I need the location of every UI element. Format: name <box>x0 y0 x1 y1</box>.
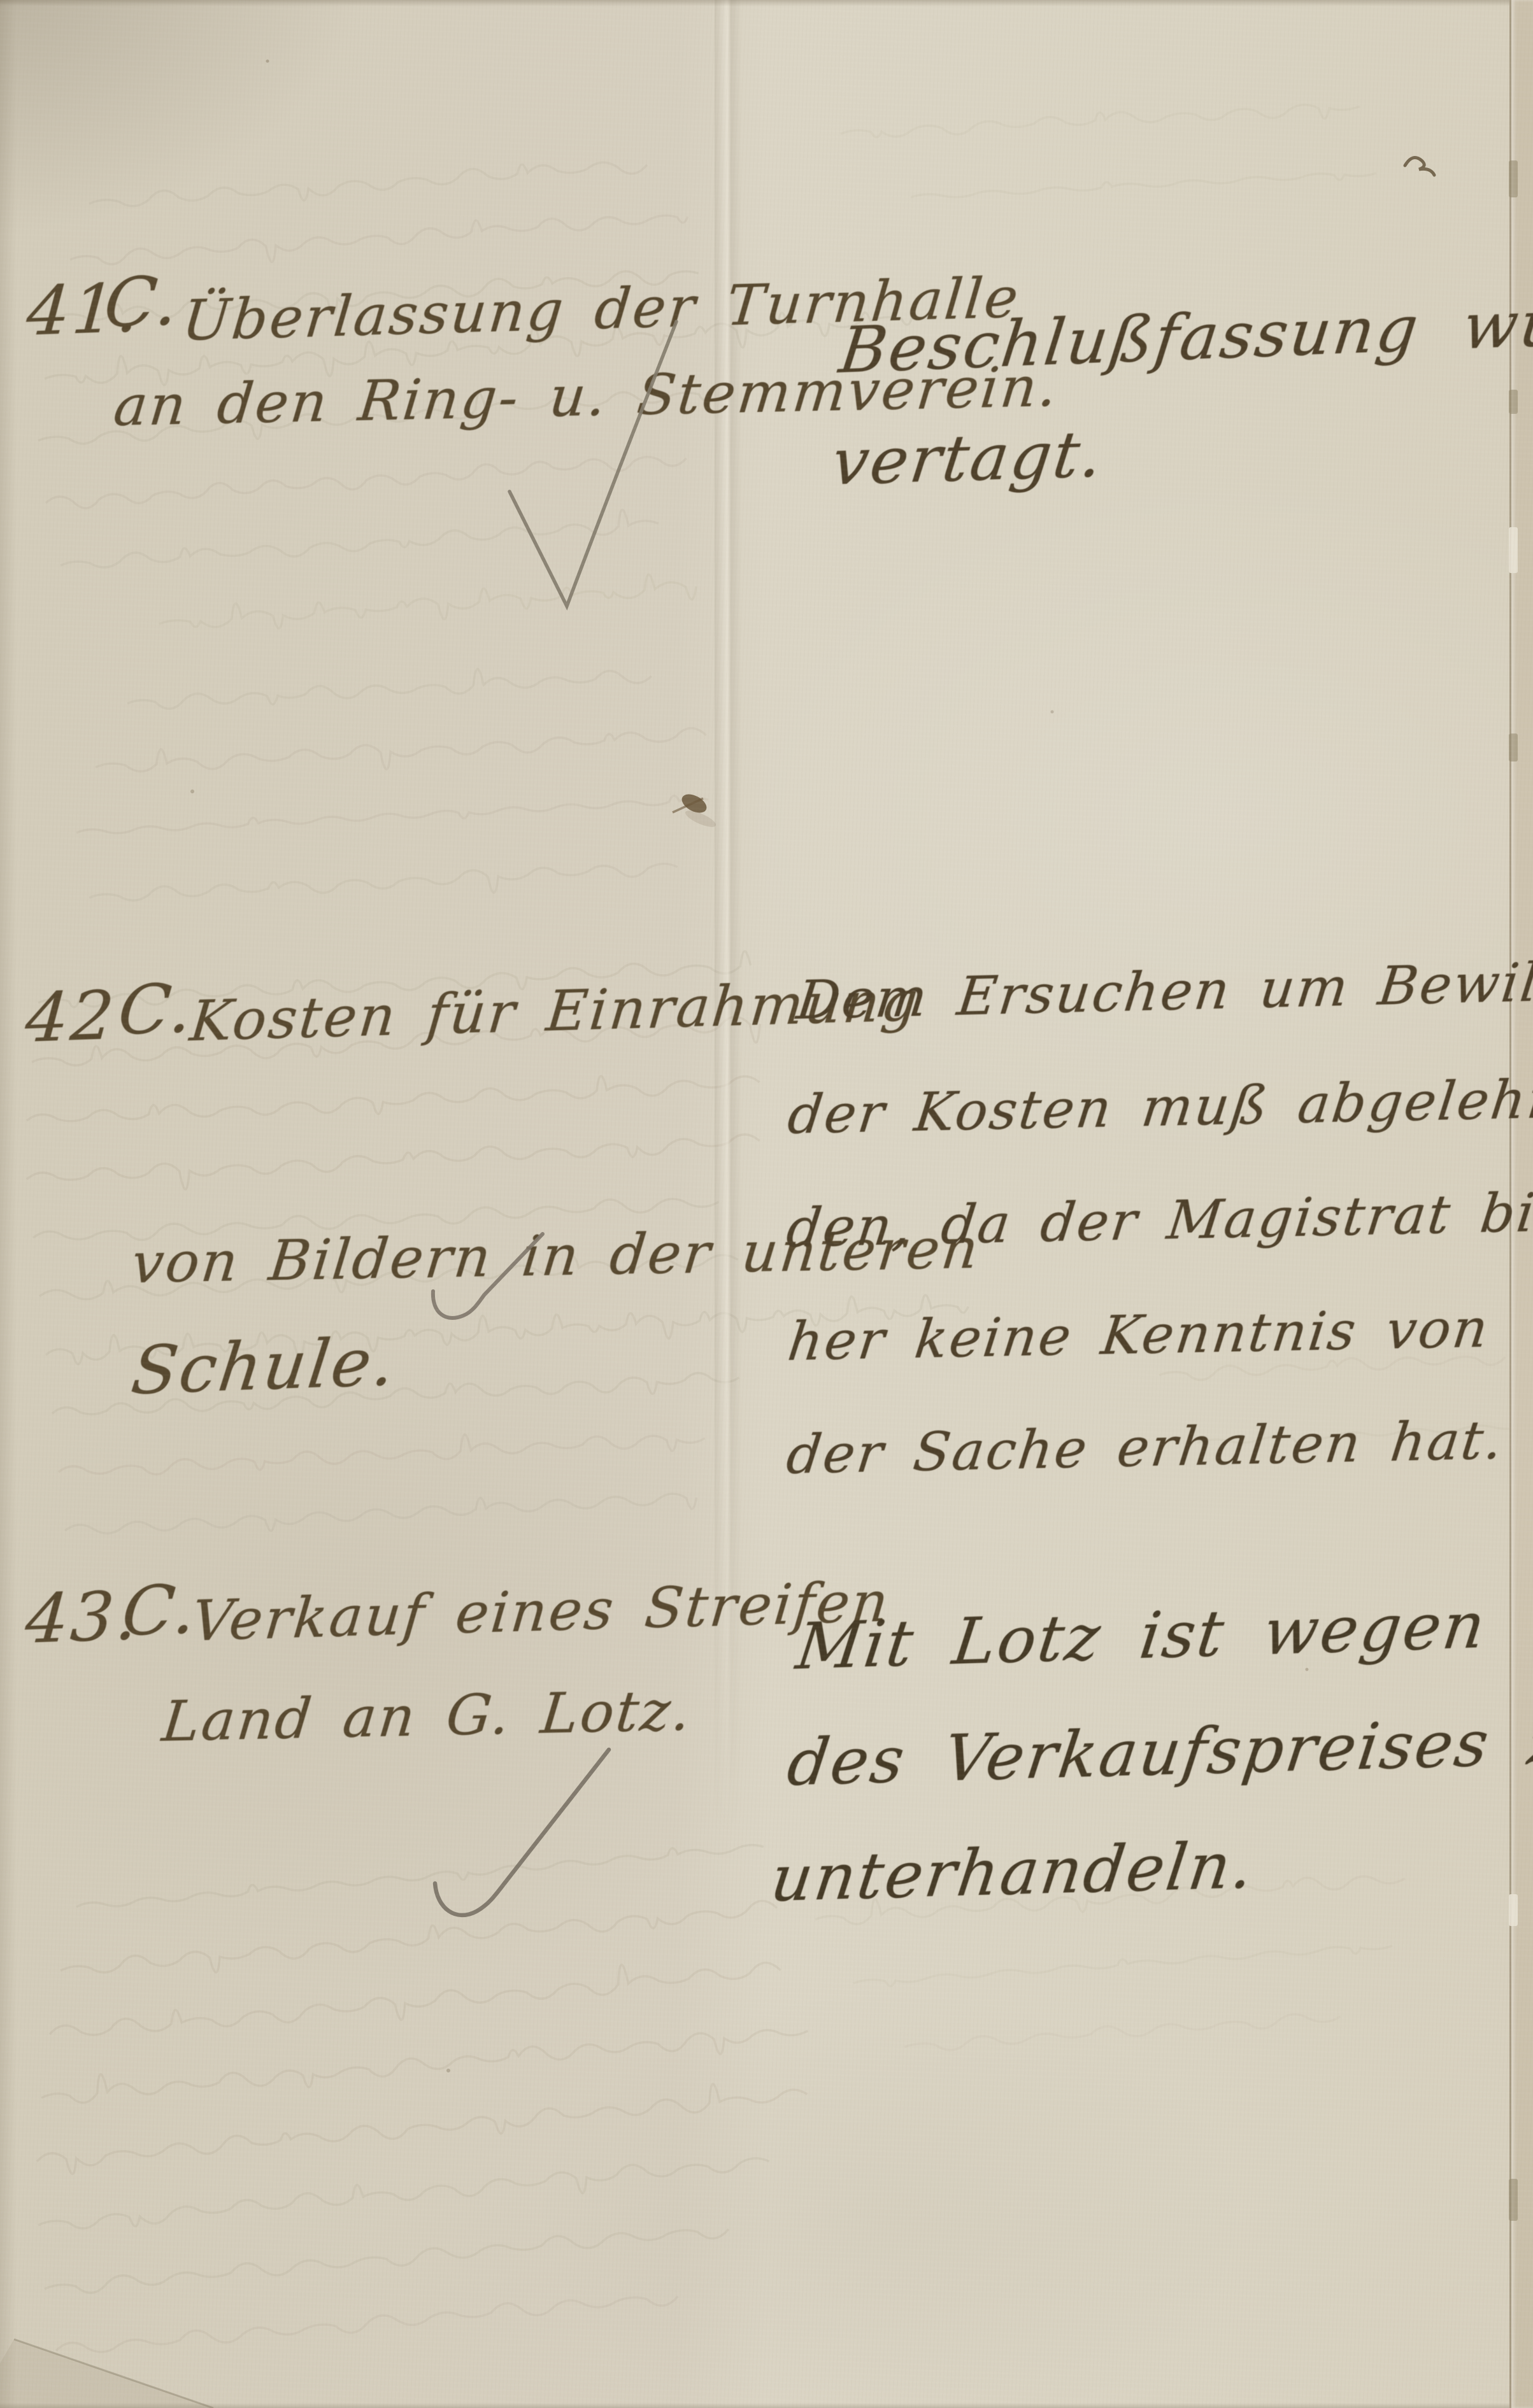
entry-42-resolution-line: der Kosten muß abgelehnt wer- <box>785 1064 1533 1146</box>
entry-42-resolution-line: der Sache erhalten hat. <box>783 1409 1508 1486</box>
ink-smudge <box>1405 158 1434 176</box>
ghost-line <box>911 168 1377 202</box>
ghost-line <box>840 99 1360 144</box>
edge-notch <box>1509 1894 1518 1926</box>
ink-blot <box>673 791 718 830</box>
ghost-line <box>904 2010 1341 2053</box>
entry-41-prefix: C. <box>101 262 184 343</box>
entry-43-prefix: C. <box>118 1570 202 1651</box>
ghost-line <box>158 571 697 639</box>
ghost-line <box>44 2221 729 2297</box>
entry-42-resolution-line: Dem Ersuchen um Bewilligung <box>794 947 1533 1031</box>
entry-43-resolution-line: unterhandeln. <box>767 1828 1259 1916</box>
corner-fold <box>0 2339 213 2408</box>
entry-42-resolution-line: her keine Kenntnis von <box>785 1297 1493 1373</box>
top-edge-shadow <box>0 0 1533 6</box>
entry-42-item-line: Schule. <box>127 1323 401 1410</box>
ghost-line <box>59 1895 778 1986</box>
entry-41-resolution-line: vertagt. <box>828 417 1108 500</box>
ghost-line <box>853 1940 1392 1988</box>
entry-43-resolution-line: Mit Lotz ist wegen <box>792 1588 1491 1684</box>
manuscript-page: 41. C. Überlassung der Turnhalle an den … <box>0 0 1533 2408</box>
ghost-line <box>55 2288 678 2358</box>
ghost-line <box>127 660 652 712</box>
ghost-line <box>76 794 709 839</box>
edge-notch <box>1509 160 1518 197</box>
ghost-line <box>37 2149 770 2241</box>
entry-42-resolution-line: den, da der Magistrat bis- <box>783 1180 1533 1259</box>
ghost-line <box>39 2013 809 2113</box>
bottom-edge-shadow <box>0 2403 1533 2408</box>
entry-43-resolution-line: des Verkaufspreises zu <box>783 1703 1533 1800</box>
ghost-line <box>89 860 678 914</box>
left-edge-shadow <box>0 0 17 2408</box>
ghost-line <box>95 721 707 784</box>
ghost-line <box>58 1422 706 1483</box>
edge-notch <box>1509 527 1518 573</box>
entry-43-item-line: Land an G. Lotz. <box>159 1678 695 1754</box>
ghost-line <box>76 1840 764 1913</box>
edge-notch <box>1509 390 1518 414</box>
ghost-line <box>35 2076 808 2177</box>
ghost-line <box>64 1487 697 1542</box>
ghost-line <box>48 1951 782 2051</box>
entry-42-number: 42 <box>23 976 118 1058</box>
entry-42-prefix: C. <box>115 969 198 1050</box>
ghost-line <box>26 1133 760 1198</box>
edge-notch <box>1509 2179 1518 2221</box>
edge-notch <box>1509 733 1518 761</box>
pencil-checkmark-43 <box>435 1750 609 1915</box>
entry-43-item-line: Verkauf eines Streifen <box>189 1569 893 1654</box>
ghost-line <box>59 507 659 573</box>
ghost-line <box>26 1068 760 1133</box>
